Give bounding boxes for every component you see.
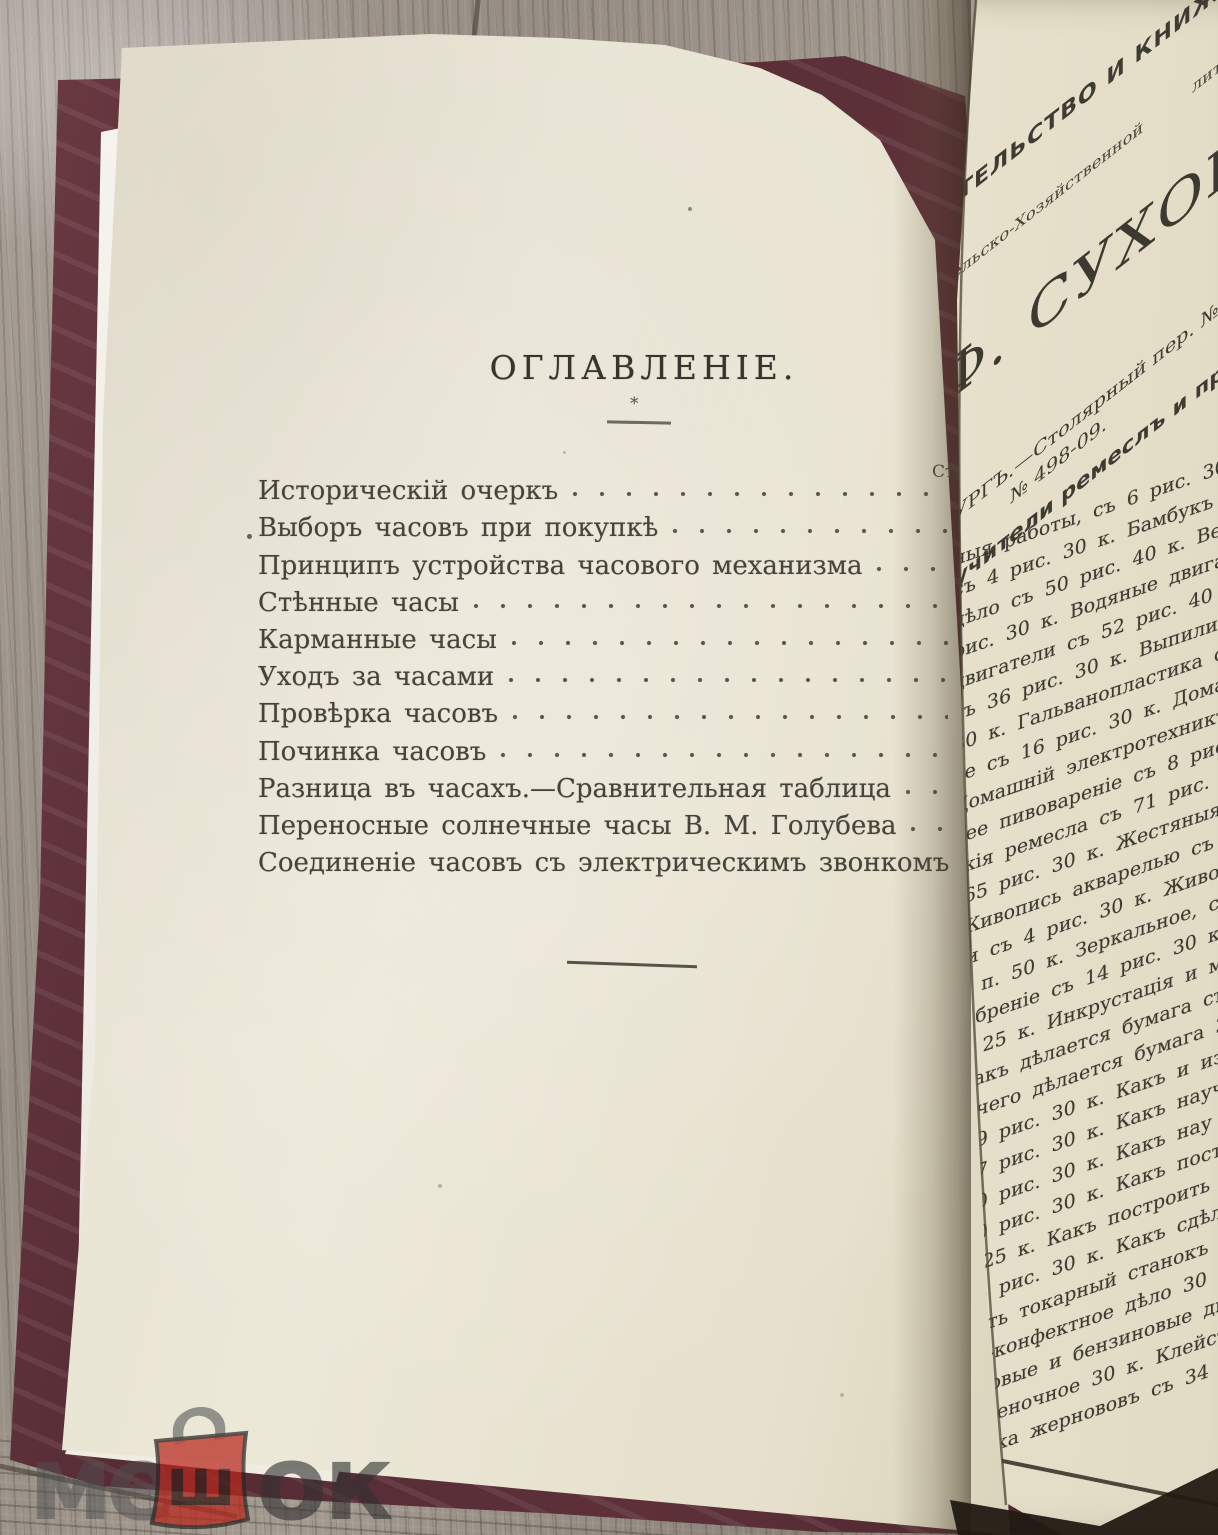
toc-entry-label: Починка часовъ xyxy=(258,738,486,766)
paper-speck xyxy=(688,207,692,211)
toc-entry: Починка часовъ xyxy=(258,728,948,765)
toc-entry-label: Принципъ устройства часового механизма xyxy=(258,552,862,580)
toc-entry: Уходъ за часами xyxy=(258,654,948,691)
meshok-watermark: ме ш ок xyxy=(20,1405,420,1535)
toc-entry-label: Провѣрка часовъ xyxy=(258,700,498,728)
toc-entry-label: Переносные солнечные часы В. М. Голубева xyxy=(258,812,896,840)
dot-leader xyxy=(473,603,948,610)
toc-entry-label: Стѣнные часы xyxy=(258,589,459,617)
dot-leader xyxy=(511,640,948,647)
toc-entry-label: Историческій очеркъ xyxy=(258,477,558,505)
toc-entry: Разница въ часахъ.—Сравнительная таблица xyxy=(258,766,948,803)
dot-leader xyxy=(500,752,948,759)
dot-leader xyxy=(572,491,948,498)
toc-entry: Историческій очеркъ xyxy=(258,468,948,505)
toc-entry: Переносные солнечные часы В. М. Голубева xyxy=(258,803,948,840)
book-photo: ОГЛАВЛЕНІЕ. * Стр. Историческій очеркъ В… xyxy=(0,0,1218,1535)
toc-entry: Провѣрка часовъ xyxy=(258,691,948,728)
toc-entry-label: Уходъ за часами xyxy=(258,663,494,691)
paper-speck xyxy=(563,451,566,454)
toc-entry: Соединеніе часовъ съ электрическимъ звон… xyxy=(258,840,948,877)
dot-leader xyxy=(512,714,948,721)
gutter-shadow xyxy=(893,0,971,1535)
shopping-bag-icon: ш xyxy=(142,1407,264,1535)
svg-text:ш: ш xyxy=(166,1444,236,1521)
toc-entry: Принципъ устройства часового механизма xyxy=(258,542,948,579)
toc-entry: Стѣнные часы xyxy=(258,580,948,617)
toc-entry-label: Карманные часы xyxy=(258,626,497,654)
toc-list: Историческій очеркъ Выборъ часовъ при по… xyxy=(258,468,948,877)
toc-entry-label: Соединеніе часовъ съ электрическимъ звон… xyxy=(258,849,949,877)
paper-speck xyxy=(438,1184,442,1188)
paper-speck xyxy=(840,1393,844,1397)
page-title: ОГЛАВЛЕНІЕ. xyxy=(462,348,826,387)
toc-entry-label: Разница въ часахъ.—Сравнительная таблица xyxy=(258,775,891,803)
watermark-text-right: ок xyxy=(256,1431,390,1535)
toc-entry: Карманные часы xyxy=(258,617,948,654)
toc-entry: Выборъ часовъ при покупкѣ xyxy=(258,505,948,542)
dot-leader xyxy=(508,677,948,684)
paper-speck xyxy=(247,534,252,539)
ornament-star: * xyxy=(630,394,639,414)
toc-entry-label: Выборъ часовъ при покупкѣ xyxy=(258,514,658,542)
